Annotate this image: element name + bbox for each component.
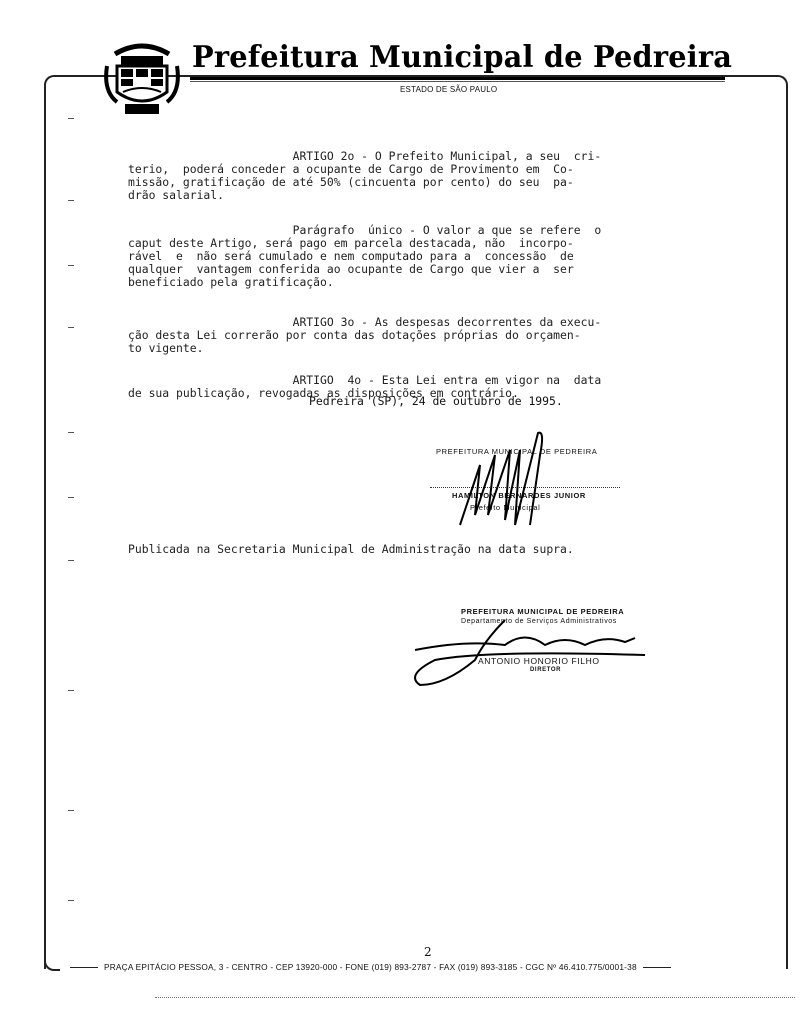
date-line: Pedreira (SP), 24 de outubro de 1995. <box>309 394 563 408</box>
margin-mark <box>68 560 74 561</box>
coat-of-arms-icon <box>103 36 181 116</box>
margin-mark <box>68 327 74 328</box>
state-subtitle: ESTADO DE SÃO PAULO <box>400 85 497 94</box>
handwritten-signature-2 <box>405 600 660 695</box>
margin-mark <box>68 497 74 498</box>
margin-mark <box>68 690 74 691</box>
margin-mark <box>68 200 74 201</box>
margin-mark <box>68 432 74 433</box>
footer-text: PRAÇA EPITÁCIO PESSOA, 3 - CENTRO - CEP … <box>104 962 637 972</box>
title-rule <box>190 77 725 80</box>
title-rule <box>190 81 725 82</box>
margin-mark <box>68 810 74 811</box>
margin-mark <box>68 900 74 901</box>
handwritten-signature-1 <box>450 425 560 530</box>
page-title: Prefeitura Municipal de Pedreira <box>192 40 732 75</box>
margin-mark <box>68 118 74 119</box>
paragraph-unico: Parágrafo único - O valor a que se refer… <box>128 198 601 302</box>
footer-rule <box>70 967 98 968</box>
publication-note: Publicada na Secretaria Municipal de Adm… <box>128 542 574 556</box>
footer-address: PRAÇA EPITÁCIO PESSOA, 3 - CENTRO - CEP … <box>70 962 780 972</box>
scan-artifact-line <box>155 997 795 998</box>
footer-rule <box>643 967 671 968</box>
margin-mark <box>68 265 74 266</box>
page-number: 2 <box>424 945 432 959</box>
